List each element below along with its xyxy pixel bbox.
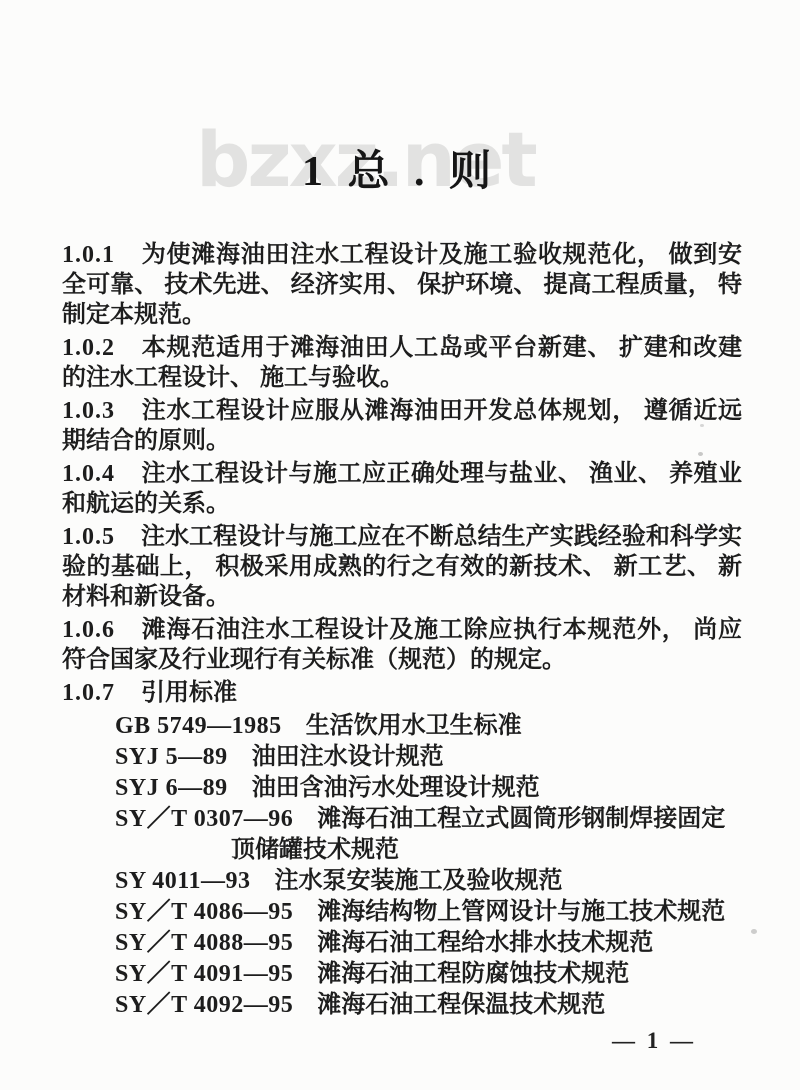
clause-number: 1.0.7 [62,680,115,706]
clause-number: 1.0.2 [62,335,115,361]
reference-item: SY／T 4091—95滩海石油工程防腐蚀技术规范 [115,959,742,990]
reference-title: 油田含油污水处理设计规范 [252,775,540,801]
scan-artifact [751,929,757,934]
reference-code: SY 4011—93 [115,868,250,894]
clause-text: 为使滩海油田注水工程设计及施工验收规范化， 做到安全可靠、 技术先进、 经济实用… [62,242,742,328]
clause-text: 本规范适用于滩海油田人工岛或平台新建、 扩建和改建的注水工程设计、 施工与验收。 [62,335,742,391]
reference-item: SY／T 4086—95滩海结构物上管网设计与施工技术规范 [115,897,742,928]
reference-item: GB 5749—1985生活饮用水卫生标准 [115,711,742,742]
clause-number: 1.0.6 [62,617,115,643]
reference-title: 滩海石油工程给水排水技术规范 [317,930,653,956]
reference-title: 滩海石油工程保温技术规范 [317,992,605,1018]
reference-code: SY／T 4092—95 [115,992,293,1018]
reference-title: 滩海石油工程防腐蚀技术规范 [317,961,629,987]
clause-number: 1.0.3 [62,398,115,424]
clause-1-0-1: 1.0.1为使滩海油田注水工程设计及施工验收规范化， 做到安全可靠、 技术先进、… [62,240,742,330]
clause-text: 引用标准 [141,680,237,706]
reference-code: SY／T 4088—95 [115,930,293,956]
clause-text: 滩海石油注水工程设计及施工除应执行本规范外， 尚应符合国家及行业现行有关标准（规… [62,617,742,673]
reference-item: SY／T 4092—95滩海石油工程保温技术规范 [115,990,742,1021]
reference-item: SY／T 0307—96滩海石油工程立式圆筒形钢制焊接固定顶储罐技术规范 [115,804,742,866]
reference-code: SYJ 5—89 [115,744,228,770]
clause-1-0-4: 1.0.4注水工程设计与施工应正确处理与盐业、 渔业、 养殖业和航运的关系。 [62,459,742,519]
reference-code: SY／T 4086—95 [115,899,293,925]
reference-item: SY／T 4088—95滩海石油工程给水排水技术规范 [115,928,742,959]
clause-text: 注水工程设计与施工应正确处理与盐业、 渔业、 养殖业和航运的关系。 [62,461,742,517]
reference-title: 滩海结构物上管网设计与施工技术规范 [317,899,725,925]
reference-item: SY 4011—93注水泵安装施工及验收规范 [115,866,742,897]
reference-code: GB 5749—1985 [115,713,282,739]
document-body: 1.0.1为使滩海油田注水工程设计及施工验收规范化， 做到安全可靠、 技术先进、… [62,240,742,1021]
reference-item: SYJ 6—89油田含油污水处理设计规范 [115,773,742,804]
reference-code: SYJ 6—89 [115,775,228,801]
reference-list: GB 5749—1985生活饮用水卫生标准 SYJ 5—89油田注水设计规范 S… [62,711,742,1021]
clause-1-0-2: 1.0.2本规范适用于滩海油田人工岛或平台新建、 扩建和改建的注水工程设计、 施… [62,333,742,393]
reference-code: SY／T 4091—95 [115,961,293,987]
clause-number: 1.0.5 [62,524,115,550]
clause-1-0-5: 1.0.5注水工程设计与施工应在不断总结生产实践经验和科学实验的基础上， 积极采… [62,522,742,612]
reference-code: SY／T 0307—96 [115,806,293,832]
reference-title: 油田注水设计规范 [252,744,444,770]
page-number: — 1 — [612,1028,696,1054]
clause-1-0-6: 1.0.6滩海石油注水工程设计及施工除应执行本规范外， 尚应符合国家及行业现行有… [62,615,742,675]
reference-item: SYJ 5—89油田注水设计规范 [115,742,742,773]
clause-text: 注水工程设计应服从滩海油田开发总体规划， 遵循近远期结合的原则。 [62,398,742,454]
clause-text: 注水工程设计与施工应在不断总结生产实践经验和科学实验的基础上， 积极采用成熟的行… [62,524,742,610]
clause-number: 1.0.1 [62,242,115,268]
document-page: bzxz.net 1 总 . 则 1.0.1为使滩海油田注水工程设计及施工验收规… [0,0,800,1090]
clause-1-0-7: 1.0.7引用标准 [62,678,742,708]
clause-number: 1.0.4 [62,461,115,487]
clause-1-0-3: 1.0.3注水工程设计应服从滩海油田开发总体规划， 遵循近远期结合的原则。 [62,396,742,456]
reference-title: 滩海石油工程立式圆筒形钢制焊接固定顶储罐技术规范 [231,806,725,863]
chapter-title: 1 总 . 则 [0,146,800,198]
reference-title: 生活饮用水卫生标准 [306,713,522,739]
reference-title: 注水泵安装施工及验收规范 [274,868,562,894]
